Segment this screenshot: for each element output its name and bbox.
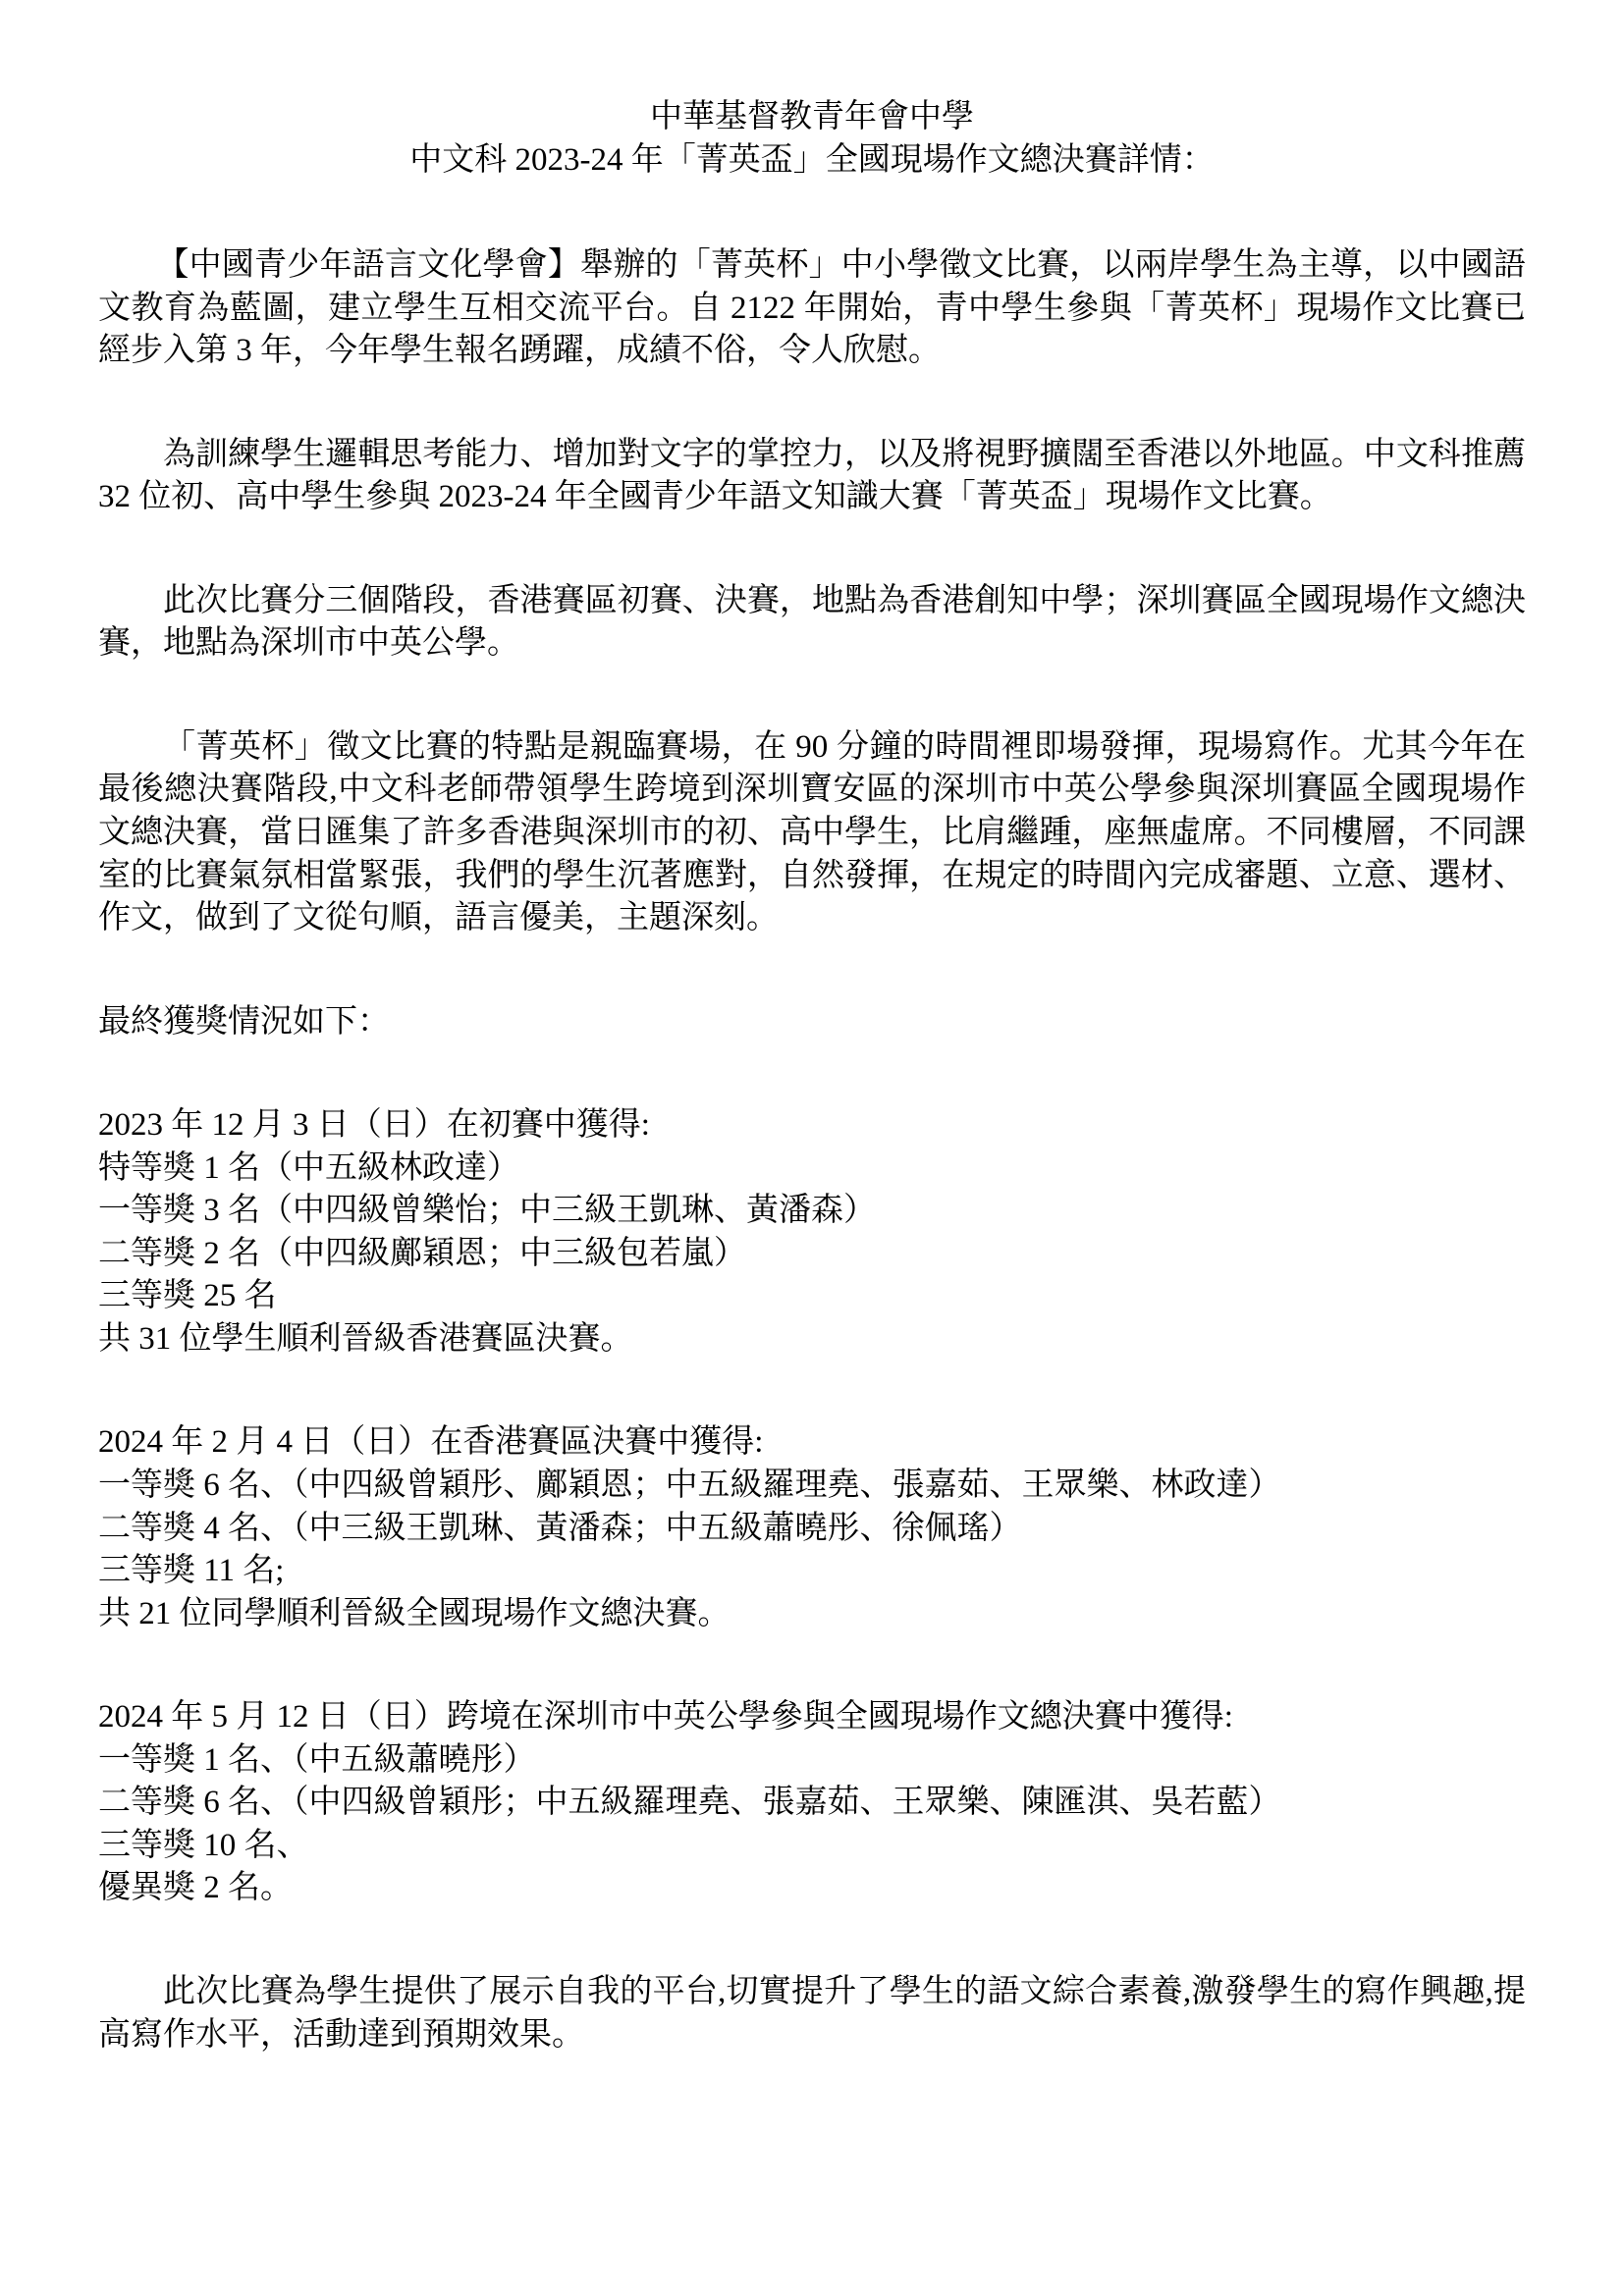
hk-final-round-section: 2024 年 2 月 4 日（日）在香港賽區決賽中獲得: 一等獎 6 名、（中四…	[98, 1421, 1526, 1635]
doc-subtitle: 中文科 2023-24 年「菁英盃」全國現場作文總決賽詳情：	[98, 139, 1526, 183]
award-line-special-prize: 特等獎 1 名（中五級林政達）	[98, 1148, 1526, 1191]
closing-paragraph: 此次比賽為學生提供了展示自我的平台,切實提升了學生的語文綜合素養,激發學生的寫作…	[98, 1971, 1526, 2056]
award-line-second-prize: 二等獎 4 名、（中三級王凱琳、黃潘森；中五級蕭曉彤、徐佩瑤）	[98, 1508, 1526, 1551]
document-page: 中華基督教青年會中學 中文科 2023-24 年「菁英盃」全國現場作文總決賽詳情…	[0, 0, 1624, 2296]
award-line-second-prize: 二等獎 2 名（中四級鄺穎恩；中三級包若嵐）	[98, 1233, 1526, 1276]
award-line-merit-prize: 優異獎 2 名。	[98, 1867, 1526, 1910]
award-line-third-prize: 三等獎 10 名、	[98, 1825, 1526, 1868]
award-line-summary: 共 31 位學生順利晉級香港賽區決賽。	[98, 1318, 1526, 1362]
section-heading: 2024 年 5 月 12 日（日）跨境在深圳市中英公學參與全國現場作文總決賽中…	[98, 1696, 1526, 1739]
award-line-first-prize: 一等獎 3 名（中四級曾樂怡；中三級王凱琳、黃潘森）	[98, 1190, 1526, 1233]
section-heading: 2024 年 2 月 4 日（日）在香港賽區決賽中獲得:	[98, 1421, 1526, 1465]
award-line-first-prize: 一等獎 1 名、（中五級蕭曉彤）	[98, 1739, 1526, 1783]
intro-paragraph: 【中國青少年語言文化學會】舉辦的「菁英杯」中小學徵文比賽，以兩岸學生為主導，以中…	[98, 244, 1526, 373]
training-purpose-paragraph: 為訓練學生邏輯思考能力、增加對文字的掌控力，以及將視野擴闊至香港以外地區。中文科…	[98, 434, 1526, 519]
award-line-second-prize: 二等獎 6 名、（中四級曾穎彤；中五級羅理堯、張嘉茹、王眾樂、陳匯淇、吳若藍）	[98, 1782, 1526, 1825]
finals-description-paragraph: 「菁英杯」徵文比賽的特點是親臨賽場，在 90 分鐘的時間裡即場發揮，現場寫作。尤…	[98, 726, 1526, 940]
preliminary-round-section: 2023 年 12 月 3 日（日）在初賽中獲得: 特等獎 1 名（中五級林政達…	[98, 1104, 1526, 1361]
award-line-third-prize: 三等獎 11 名;	[98, 1550, 1526, 1593]
competition-stages-paragraph: 此次比賽分三個階段，香港賽區初賽、決賽，地點為香港創知中學；深圳賽區全國現場作文…	[98, 580, 1526, 666]
award-line-first-prize: 一等獎 6 名、（中四級曾穎彤、鄺穎恩；中五級羅理堯、張嘉茹、王眾樂、林政達）	[98, 1465, 1526, 1508]
awards-intro-label: 最終獲獎情況如下：	[98, 1001, 1526, 1044]
award-line-third-prize: 三等獎 25 名	[98, 1275, 1526, 1318]
national-final-section: 2024 年 5 月 12 日（日）跨境在深圳市中英公學參與全國現場作文總決賽中…	[98, 1696, 1526, 1910]
award-line-summary: 共 21 位同學順利晉級全國現場作文總決賽。	[98, 1593, 1526, 1636]
section-heading: 2023 年 12 月 3 日（日）在初賽中獲得:	[98, 1104, 1526, 1148]
school-name-title: 中華基督教青年會中學	[98, 96, 1526, 139]
